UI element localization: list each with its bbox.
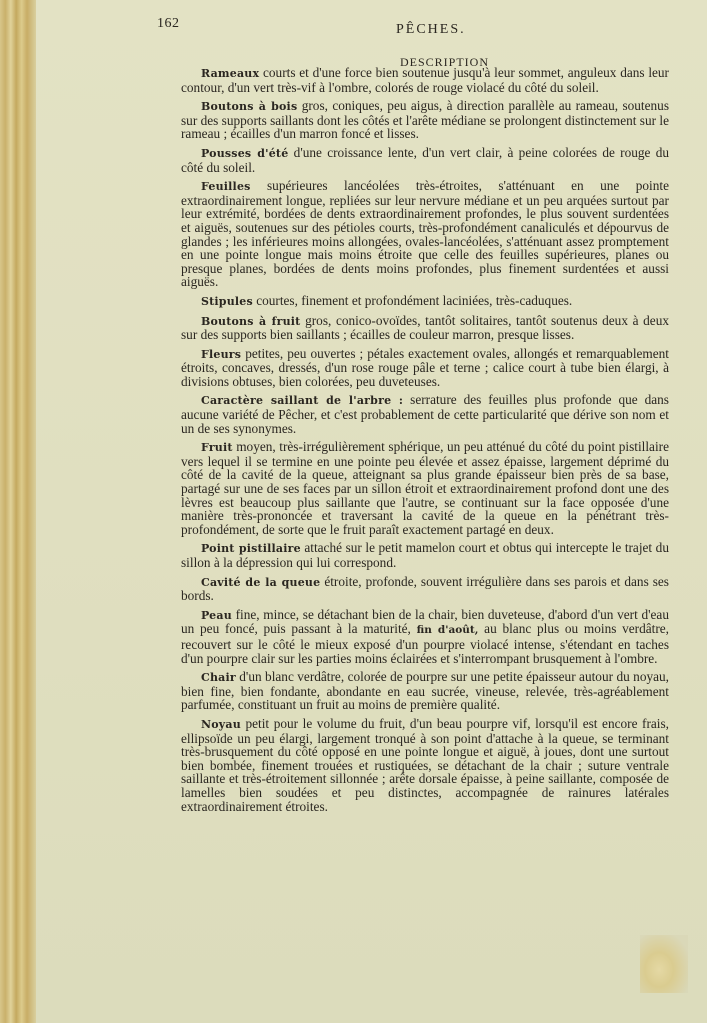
paragraph-noyau: Noyau petit pour le volume du fruit, d'u… bbox=[181, 717, 669, 813]
paragraph-fleurs: Fleurs petites, peu ouvertes ; pétales e… bbox=[181, 347, 669, 389]
term-label: Pousses d'été bbox=[201, 147, 288, 160]
paragraph-text: petites, peu ouvertes ; pétales exacteme… bbox=[181, 346, 669, 389]
paragraph-stipules: Stipules courtes, finement et profondéme… bbox=[181, 294, 669, 309]
term-label: Fruit bbox=[201, 441, 233, 454]
term-label: Boutons à bois bbox=[201, 100, 297, 113]
term-label: Fleurs bbox=[201, 348, 241, 361]
running-head: PÊCHES. bbox=[396, 22, 466, 38]
term-label: Rameaux bbox=[201, 67, 259, 80]
term-label: Cavité de la queue bbox=[201, 576, 320, 589]
paragraph-fruit: Fruit moyen, très-irrégulièrement sphéri… bbox=[181, 440, 669, 536]
paragraph-text: moyen, très-irrégulièrement sphérique, u… bbox=[181, 439, 669, 537]
book-spine-edge bbox=[0, 0, 36, 1023]
term-label: Caractère saillant de l'arbre : bbox=[201, 394, 403, 407]
paragraph-caractere-saillant: Caractère saillant de l'arbre : serratur… bbox=[181, 393, 669, 435]
paragraph-boutons-a-fruit: Boutons à fruit gros, conico-ovoïdes, ta… bbox=[181, 314, 669, 342]
paragraph-feuilles: Feuilles supérieures lancéolées très-étr… bbox=[181, 179, 669, 289]
paragraph-text: petit pour le volume du fruit, d'un beau… bbox=[181, 716, 669, 814]
page-number: 162 bbox=[157, 16, 180, 32]
paragraph-rameaux: Rameaux courts et d'une force bien soute… bbox=[181, 66, 669, 94]
paragraph-pousses-d-ete: Pousses d'été d'une croissance lente, d'… bbox=[181, 146, 669, 174]
term-label: Noyau bbox=[201, 718, 241, 731]
paragraph-cavite-de-la-queue: Cavité de la queue étroite, profonde, so… bbox=[181, 575, 669, 603]
term-label: Feuilles bbox=[201, 180, 251, 193]
term-label: Boutons à fruit bbox=[201, 315, 300, 328]
term-label: Peau bbox=[201, 609, 232, 622]
paragraph-text: supérieures lancéolées très-étroites, s'… bbox=[181, 178, 669, 289]
term-label: Chair bbox=[201, 671, 236, 684]
description-body: Rameaux courts et d'une force bien soute… bbox=[181, 66, 669, 818]
paragraph-boutons-a-bois: Boutons à bois gros, coniques, peu aigus… bbox=[181, 99, 669, 141]
paragraph-text: courtes, finement et profondément lacini… bbox=[253, 293, 572, 308]
paragraph-peau: Peau fine, mince, se détachant bien de l… bbox=[181, 608, 669, 665]
ripening-date: fin d'août, bbox=[417, 624, 479, 636]
term-label: Point pistillaire bbox=[201, 542, 301, 555]
paragraph-chair: Chair d'un blanc verdâtre, colorée de po… bbox=[181, 670, 669, 712]
term-label: Stipules bbox=[201, 295, 253, 308]
paragraph-text: d'un blanc verdâtre, colorée de pourpre … bbox=[181, 669, 669, 712]
paragraph-point-pistillaire: Point pistillaire attaché sur le petit m… bbox=[181, 541, 669, 569]
thumb-shadow bbox=[640, 935, 688, 993]
